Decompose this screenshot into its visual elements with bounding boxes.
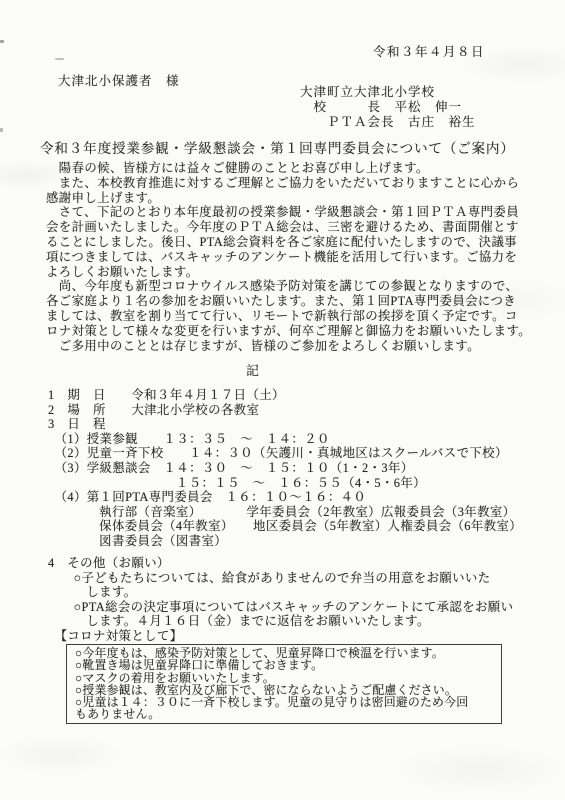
body-text-line: 各ご家庭より１名の参加をお願いいたします。また、第１回PTA専門委員会につき	[46, 294, 526, 309]
others-line: します。４月１６日（金）までに返信をお願いいたします。	[48, 614, 528, 629]
body-text-line: さて、下記のとおり本年度最初の授業参観・学級懇談会・第１回ＰＴＡ専門委員	[46, 205, 526, 220]
scanned-letter-page: 令和３年４月８日 大津北小保護者 様 大津町立大津北小学校 校 長 平松 伸一 …	[0, 0, 565, 800]
body-text-line: ロナ対策として様々な変更を行いますが、何卒ご理解と御協力をお願いいたします。	[46, 324, 526, 339]
body-paragraphs: 陽春の候、皆様方には益々ご健勝のこととお喜び申し上げます。 また、本校教育推進に…	[46, 161, 526, 353]
schedule-line: （4）第１回PTA専門委員会 １６：１０～１６：４０	[48, 490, 528, 505]
corona-box-line: もありません。	[75, 708, 497, 720]
sender-line: 大津町立大津北小学校	[300, 85, 476, 100]
schedule-line: 2 場 所 大津北小学校の各教室	[48, 403, 528, 418]
recipient-line: 大津北小保護者 様	[58, 71, 180, 89]
others-line: 【コロナ対策として】	[48, 629, 528, 644]
schedule-line: （2）児童一斉下校 １４：３０（矢護川・真城地区はスクールバスで下校）	[48, 446, 528, 461]
schedule-line: （1）授業参観 １３：３５ ～ １４：２０	[48, 432, 528, 447]
schedule-line: 3 日 程	[48, 417, 528, 432]
scan-artifact	[55, 58, 64, 60]
schedule-line: 執行部（音楽室） 学年委員会（2年教室）広報委員会（3年教室）	[48, 505, 528, 520]
schedule-line: 図書委員会（図書室）	[48, 534, 528, 549]
body-text-line: 陽春の候、皆様方には益々ご健勝のこととお喜び申し上げます。	[46, 161, 526, 176]
document-title: 令和３年度授業参観・学級懇談会・第１回専門委員会について（ご案内）	[40, 137, 496, 157]
body-text-line: ることにしました。後日、PTA総会資料を各ご家庭に配付いたしますので、決議事	[46, 235, 526, 250]
body-text-line: また、本校教育推進に対するご理解とご協力をいただいておりますことに心から	[46, 176, 526, 191]
others-line: ○PTA総会の決定事項についてはバスキャッチのアンケートにて承認をお願い	[48, 600, 528, 615]
schedule-line: （3）学級懇談会 １４：３０ ～ １５：１０（1・2・3年）	[48, 461, 528, 476]
sender-line: ＰＴＡ会長 古庄 裕生	[300, 115, 476, 130]
schedule-line: 保体委員会（4年教室） 地区委員会（5年教室）人権委員会（6年教室）	[48, 519, 528, 534]
schedule-list: 1 期 日 令和３年４月１７日（土）2 場 所 大津北小学校の各教室3 日 程 …	[48, 388, 528, 549]
corona-box-line: ○靴置き場は児童昇降口に準備しておきます。	[75, 659, 497, 671]
body-text-line: ご多用中のこととは存じますが、皆様のご参加をよろしくお願いします。	[46, 339, 526, 354]
body-text-line: ましては、教室を割り当てて行い、リモートで新執行部の挨拶を頂く予定です。コ	[46, 309, 526, 324]
body-text-line: 尚、今年度も新型コロナウイルス感染予防対策を講じての参観となりますので、	[46, 279, 526, 294]
sender-line: 校 長 平松 伸一	[300, 100, 476, 115]
others-line: ○子どもたちについては、給食がありませんので弁当の用意をお願いいた	[48, 571, 528, 586]
body-text-line: よろしくお願いたします。	[46, 265, 526, 280]
body-text-line: 感謝申し上げます。	[46, 191, 526, 206]
others-line: 4 その他（お願い）	[48, 556, 528, 571]
scan-artifact	[0, 40, 4, 43]
body-text-line: 会を計画いたしました。今年度のＰＴＡ総会は、三密を避けるため、書面開催とす	[46, 220, 526, 235]
schedule-line: １５：１５ ～ １６：５５（4・5・6年）	[48, 476, 528, 491]
others-list: 4 その他（お願い） ○子どもたちについては、給食がありませんので弁当の用意をお…	[48, 556, 528, 644]
sender-block: 大津町立大津北小学校 校 長 平松 伸一 ＰＴＡ会長 古庄 裕生	[300, 85, 476, 131]
body-text-line: 項につきましては、バスキャッチのアンケート機能を活用して行います。ご協力を	[46, 250, 526, 265]
schedule-line: 1 期 日 令和３年４月１７日（土）	[48, 388, 528, 403]
scan-artifact	[0, 128, 3, 132]
others-line: します。	[48, 585, 528, 600]
letter-date: 令和３年４月８日	[373, 42, 485, 60]
corona-notice-box: ○今年度もは、感染予防対策として、児童昇降口で検温を行います。○靴置き場は児童昇…	[66, 644, 502, 724]
ki-marker: 記	[48, 360, 458, 379]
